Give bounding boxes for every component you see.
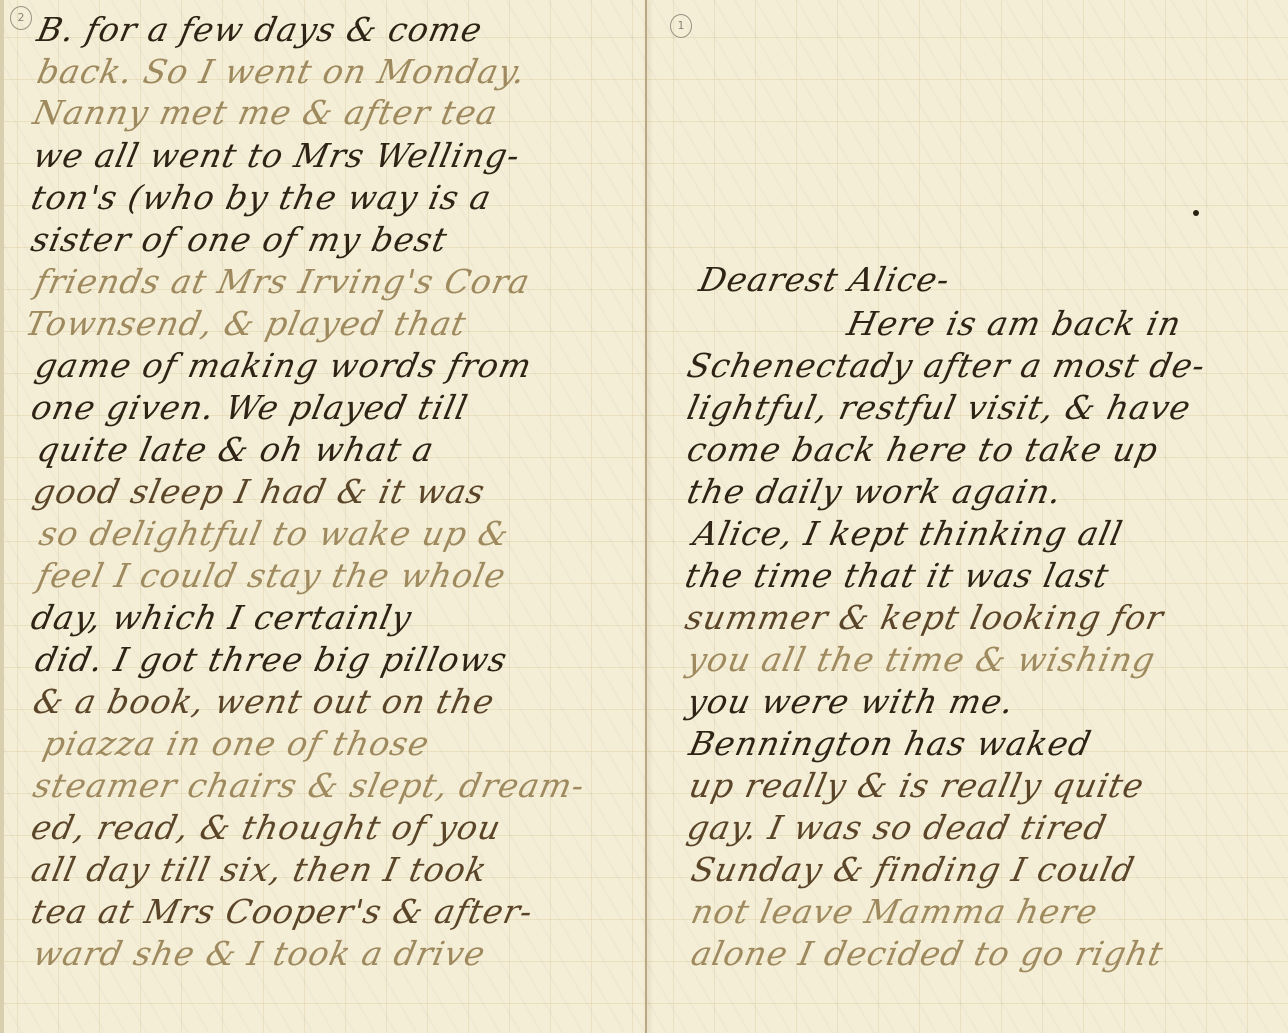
text-line: you all the time & wishing: [684, 640, 1159, 679]
text-line: the daily work again.: [684, 472, 1066, 511]
text-line: Schenectady after a most de-: [684, 346, 1209, 385]
salutation: Dearest Alice-: [696, 260, 954, 299]
page-fold: [645, 0, 647, 1033]
text-line: back. So I went on Monday.: [34, 52, 530, 91]
text-line: B. for a few days & come: [34, 10, 486, 49]
text-line: summer & kept looking for: [682, 598, 1168, 637]
text-line: so delightful to wake up &: [36, 514, 513, 553]
text-line: & a book, went out on the: [30, 682, 498, 721]
text-line: ward she & I took a drive: [30, 934, 489, 973]
text-line: ton's (who by the way is a: [28, 178, 495, 217]
text-line: the time that it was last: [682, 556, 1113, 595]
text-line: not leave Mamma here: [688, 892, 1102, 931]
left-page: 2 B. for a few days & come back. So I we…: [0, 0, 646, 1033]
right-page: 1 Dearest Alice- Here is am back in Sche…: [648, 0, 1288, 1033]
text-line: feel I could stay the whole: [34, 556, 510, 595]
text-line: piazza in one of those: [40, 724, 433, 763]
page-number-right: 1: [670, 14, 692, 38]
page-number-left: 2: [10, 6, 32, 30]
letter-spread: 2 B. for a few days & come back. So I we…: [0, 0, 1288, 1033]
text-line: gay. I was so dead tired: [684, 808, 1111, 847]
text-line: Sunday & finding I could: [688, 850, 1139, 889]
text-line: one given. We played till: [28, 388, 472, 427]
text-line: alone I decided to go right: [688, 934, 1167, 973]
text-line: lightful, restful visit, & have: [684, 388, 1195, 427]
text-line: Townsend, & played that: [22, 304, 470, 343]
text-line: come back here to take up: [684, 430, 1162, 469]
text-line: we all went to Mrs Welling-: [30, 136, 524, 175]
text-line: Bennington has waked: [686, 724, 1095, 763]
text-line: tea at Mrs Cooper's & after-: [28, 892, 537, 931]
text-line: up really & is really quite: [686, 766, 1148, 805]
text-line: all day till six, then I took: [28, 850, 491, 889]
text-line: steamer chairs & slept, dream-: [30, 766, 589, 805]
text-line: Here is am back in: [844, 304, 1185, 343]
text-line: good sleep I had & it was: [30, 472, 489, 511]
text-line: Nanny met me & after tea: [30, 93, 502, 132]
text-line: quite late & oh what a: [34, 430, 438, 469]
ink-spot: [1193, 210, 1199, 216]
text-line: Alice, I kept thinking all: [690, 514, 1127, 553]
text-line: day, which I certainly: [28, 598, 416, 637]
text-line: did. I got three big pillows: [32, 640, 511, 679]
text-line: ed, read, & thought of you: [28, 808, 505, 847]
text-line: friends at Mrs Irving's Cora: [32, 262, 534, 301]
text-line: sister of one of my best: [28, 220, 451, 259]
text-line: game of making words from: [32, 346, 536, 385]
text-line: you were with me.: [684, 682, 1018, 721]
